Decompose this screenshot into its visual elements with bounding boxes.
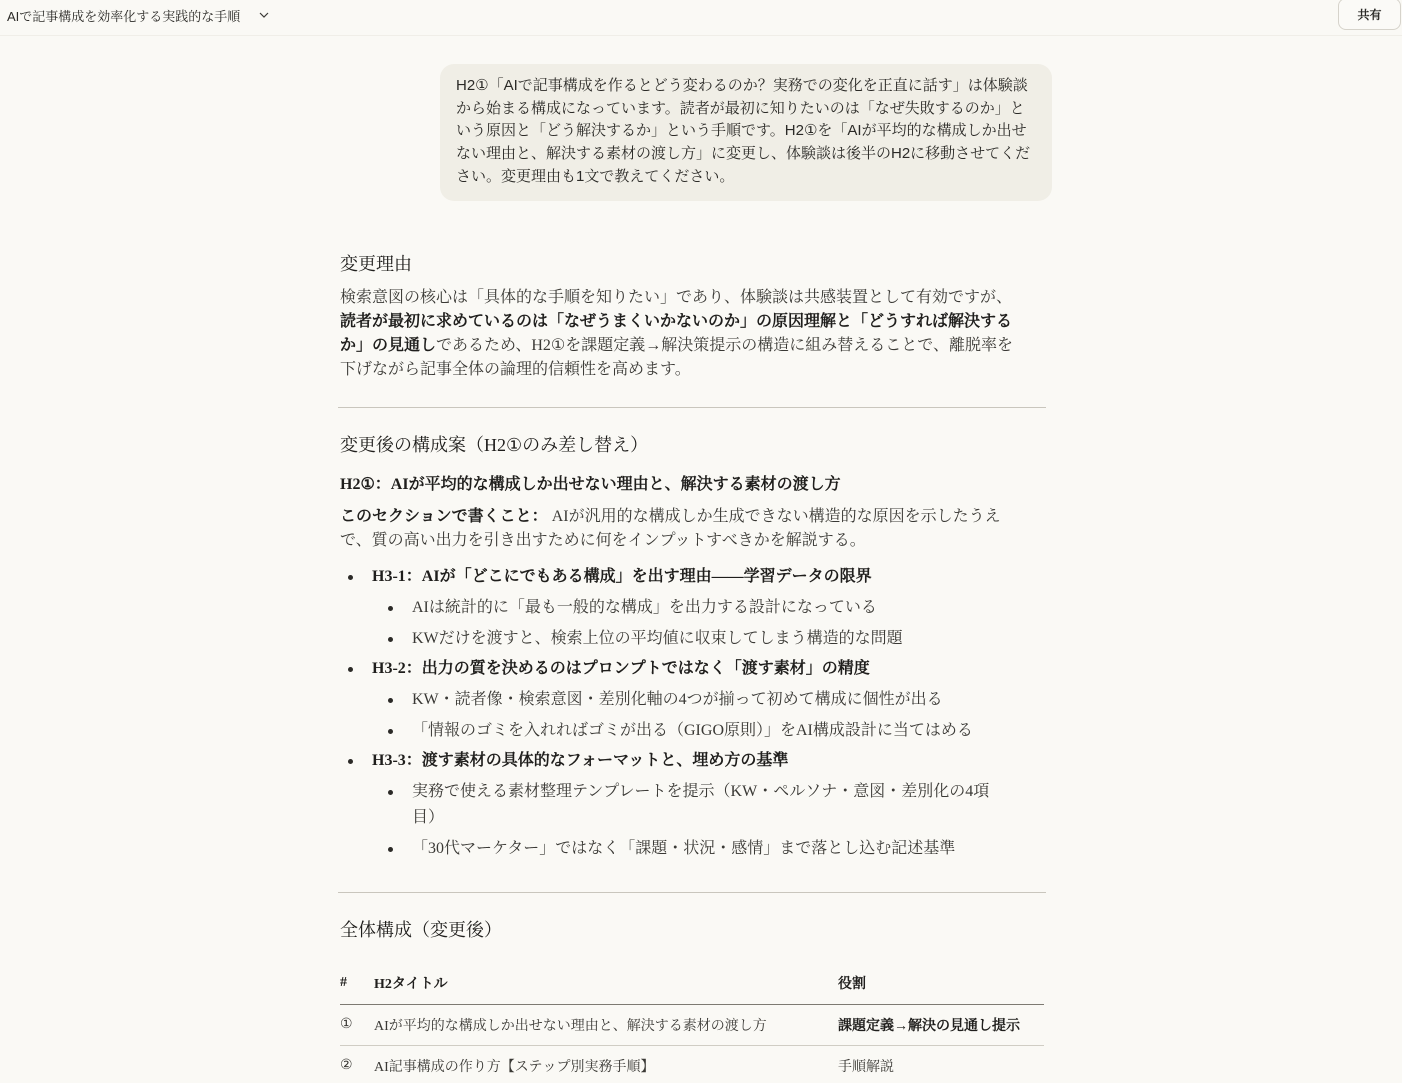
overall-structure-section: 全体構成（変更後） # H2タイトル 役割 ① AIが平均的な構成しか出せない理… bbox=[340, 916, 1046, 1083]
h3-title-text: 渡す素材の具体的なフォーマットと、埋め方の基準 bbox=[422, 752, 789, 769]
proposal-section: 変更後の構成案（H2①のみ差し替え） H2①：AIが平均的な構成しか出せない理由… bbox=[340, 431, 1046, 862]
bullet-item: 「30代マーケター」ではなく「課題・状況・感情」まで落とし込む記述基準 bbox=[372, 836, 1012, 862]
h3-label: H3-1： bbox=[372, 568, 422, 585]
h3-title-text: AIが「どこにでもある構成」を出す理由——学習データの限界 bbox=[422, 568, 872, 585]
conversation-title-button[interactable]: AIで記事構成を効率化する実践的な手順 bbox=[7, 4, 270, 26]
h3-item: H3-2：出力の質を決めるのはプロンプトではなく「渡す素材」の精度 KW・読者像… bbox=[340, 657, 1046, 744]
h3-title-text: 出力の質を決めるのはプロンプトではなく「渡す素材」の精度 bbox=[422, 660, 870, 677]
bullet-item: AIは統計的に「最も一般的な構成」を出力する設計になっている bbox=[372, 595, 1012, 621]
top-bar: AIで記事構成を効率化する実践的な手順 共有 bbox=[0, 0, 1402, 36]
h3-item: H3-3：渡す素材の具体的なフォーマットと、埋め方の基準 実務で使える素材整理テ… bbox=[340, 749, 1046, 862]
cell-title: AIが平均的な構成しか出せない理由と、解決する素材の渡し方 bbox=[374, 1004, 838, 1045]
description-label: このセクションで書くこと： bbox=[340, 508, 548, 525]
chevron-down-icon bbox=[258, 9, 270, 21]
cell-number: ① bbox=[340, 1004, 374, 1045]
reason-section: 変更理由 検索意図の核心は「具体的な手順を知りたい」であり、体験談は共感装置とし… bbox=[340, 250, 1046, 382]
h3-title: H3-2：出力の質を決めるのはプロンプトではなく「渡す素材」の精度 bbox=[372, 657, 1046, 681]
reason-heading: 変更理由 bbox=[340, 250, 1046, 278]
bullet-item: 実務で使える素材整理テンプレートを提示（KW・ペルソナ・意図・差別化の4項目） bbox=[372, 779, 1012, 831]
bullet-item: KW・読者像・検索意図・差別化軸の4つが揃って初めて構成に個性が出る bbox=[372, 687, 1012, 713]
h3-bullets: KW・読者像・検索意図・差別化軸の4つが揃って初めて構成に個性が出る 「情報のゴ… bbox=[372, 687, 1046, 744]
col-number: # bbox=[340, 962, 374, 1004]
divider bbox=[338, 407, 1046, 408]
h2-title-text: H2①：AIが平均的な構成しか出せない理由と、解決する素材の渡し方 bbox=[340, 476, 841, 493]
h3-label: H3-2： bbox=[372, 660, 422, 677]
structure-table: # H2タイトル 役割 ① AIが平均的な構成しか出せない理由と、解決する素材の… bbox=[340, 962, 1044, 1083]
h3-title: H3-1：AIが「どこにでもある構成」を出す理由——学習データの限界 bbox=[372, 565, 1046, 589]
reason-text-part: であるため、H2①を課題定義→解決策提示の構造に組み替えることで、離脱率を下げな… bbox=[340, 337, 1013, 378]
proposal-description: このセクションで書くこと： AIが汎用的な構成しか生成できない構造的な原因を示し… bbox=[340, 505, 1010, 553]
proposal-h2-title: H2①：AIが平均的な構成しか出せない理由と、解決する素材の渡し方 bbox=[340, 473, 1046, 497]
table-header-row: # H2タイトル 役割 bbox=[340, 962, 1044, 1004]
reason-text-part: 検索意図の核心は「具体的な手順を知りたい」であり、体験談は共感装置として有効です… bbox=[340, 289, 1012, 306]
table-row: ① AIが平均的な構成しか出せない理由と、解決する素材の渡し方 課題定義→解決の… bbox=[340, 1004, 1044, 1045]
bullet-item: 「情報のゴミを入れればゴミが出る（GIGO原則）」をAI構成設計に当てはめる bbox=[372, 718, 1012, 744]
proposal-heading: 変更後の構成案（H2①のみ差し替え） bbox=[340, 431, 1046, 459]
h3-bullets: 実務で使える素材整理テンプレートを提示（KW・ペルソナ・意図・差別化の4項目） … bbox=[372, 779, 1046, 862]
assistant-reply: 変更理由 検索意図の核心は「具体的な手順を知りたい」であり、体験談は共感装置とし… bbox=[340, 250, 1046, 1083]
h3-bullets: AIは統計的に「最も一般的な構成」を出力する設計になっている KWだけを渡すと、… bbox=[372, 595, 1046, 652]
conversation-title: AIで記事構成を効率化する実践的な手順 bbox=[7, 6, 240, 25]
h3-item: H3-1：AIが「どこにでもある構成」を出す理由——学習データの限界 AIは統計… bbox=[340, 565, 1046, 652]
reason-text: 検索意図の核心は「具体的な手順を知りたい」であり、体験談は共感装置として有効です… bbox=[340, 286, 1020, 382]
overall-heading: 全体構成（変更後） bbox=[340, 916, 1046, 944]
h3-label: H3-3： bbox=[372, 752, 422, 769]
table-row: ② AI記事構成の作り方【ステップ別実務手順】 手順解説 bbox=[340, 1045, 1044, 1083]
cell-role: 課題定義→解決の見通し提示 bbox=[838, 1004, 1044, 1045]
col-h2-title: H2タイトル bbox=[374, 962, 838, 1004]
share-button[interactable]: 共有 bbox=[1338, 0, 1401, 30]
h3-title: H3-3：渡す素材の具体的なフォーマットと、埋め方の基準 bbox=[372, 749, 1046, 773]
cell-title: AI記事構成の作り方【ステップ別実務手順】 bbox=[374, 1045, 838, 1083]
h3-list: H3-1：AIが「どこにでもある構成」を出す理由——学習データの限界 AIは統計… bbox=[340, 565, 1046, 862]
bullet-item: KWだけを渡すと、検索上位の平均値に収束してしまう構造的な問題 bbox=[372, 626, 1012, 652]
cell-role: 手順解説 bbox=[838, 1045, 1044, 1083]
divider bbox=[338, 892, 1046, 893]
user-message: H2①「AIで記事構成を作るとどう変わるのか？実務での変化を正直に話す」は体験談… bbox=[440, 64, 1052, 201]
cell-number: ② bbox=[340, 1045, 374, 1083]
col-role: 役割 bbox=[838, 962, 1044, 1004]
